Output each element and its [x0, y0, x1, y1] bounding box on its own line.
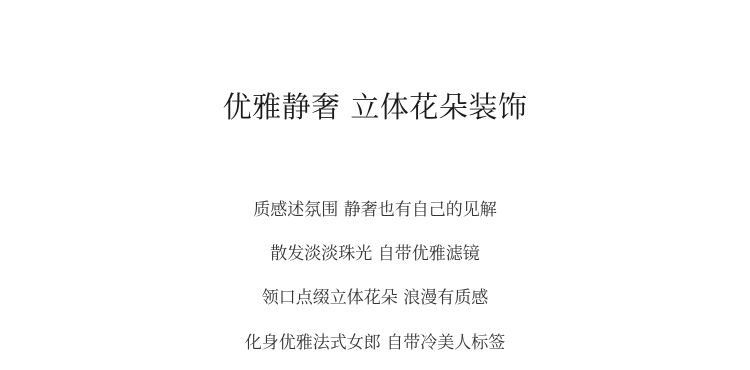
section-title: 优雅静奢 立体花朵装饰 [0, 88, 750, 126]
description-line: 化身优雅法式女郎 自带冷美人标签 [0, 331, 750, 355]
description-line: 散发淡淡珠光 自带优雅滤镜 [0, 242, 750, 266]
description-line: 领口点缀立体花朵 浪漫有质感 [0, 286, 750, 310]
description-line: 质感述氛围 静奢也有自己的见解 [0, 198, 750, 222]
